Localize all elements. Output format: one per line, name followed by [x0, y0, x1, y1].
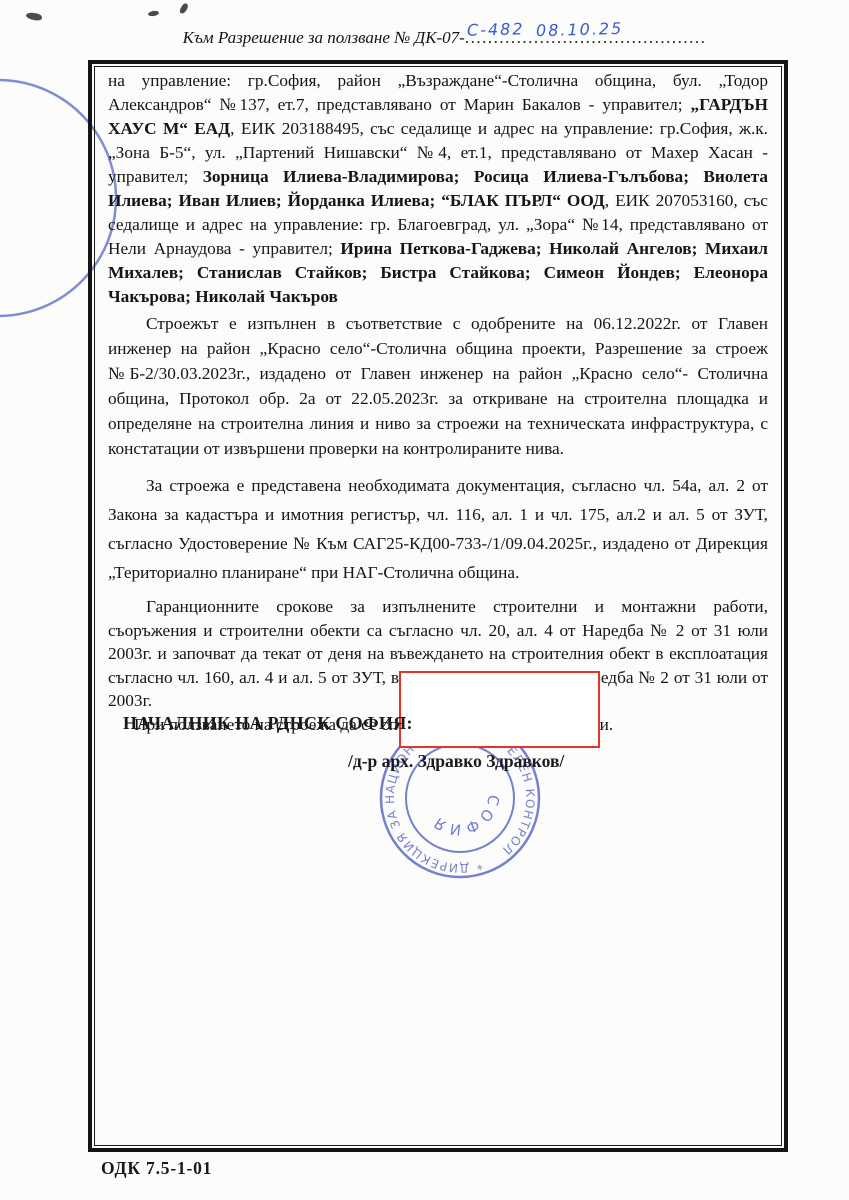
document-page: Към Разрешение за ползване № ДК-07-.....… — [0, 0, 849, 1200]
date-field: ....................08.10.25 — [534, 28, 649, 48]
dotted-line: .......... — [649, 28, 707, 47]
paragraph-parties: на управление: гр.София, район „Възражда… — [108, 69, 768, 309]
corner-stamp-text: НАЦИОНАЛЕН СТРОИТЕЛЕН КОНТРОЛ — [0, 327, 56, 368]
paragraph-construction-compliance: Строежът е изпълнен в съответствие с одо… — [108, 311, 768, 461]
handwritten-case-number: С-482 — [467, 19, 525, 39]
pen-mark — [148, 10, 160, 17]
footer-form-code: ОДК 7.5-1-01 — [101, 1158, 212, 1179]
pen-mark — [25, 11, 42, 21]
header-printed-label: Към Разрешение за ползване № ДК-07- — [183, 28, 465, 47]
case-number-field: ............С-482 — [465, 28, 534, 48]
signature-redaction-box — [399, 671, 600, 748]
handwritten-date: 08.10.25 — [536, 19, 624, 40]
document-body: на управление: гр.София, район „Възражда… — [95, 67, 781, 738]
document-inner-border: на управление: гр.София, район „Възражда… — [94, 66, 782, 1146]
document-frame: на управление: гр.София, район „Възражда… — [88, 60, 788, 1152]
signature-name: /д-р арх. Здравко Здравков/ — [348, 751, 564, 772]
paragraph-documentation: За строежа е представена необходимата до… — [108, 471, 768, 587]
svg-text:НАЦИОНАЛЕН СТРОИТЕЛЕН КОНТРОЛ: НАЦИОНАЛЕН СТРОИТЕЛЕН КОНТРОЛ — [0, 327, 56, 368]
pen-mark — [179, 2, 189, 15]
signature-title: НАЧАЛНИК НА РДНСК СОФИЯ: — [123, 713, 413, 734]
header-reference-line: Към Разрешение за ползване № ДК-07-.....… — [0, 28, 849, 48]
